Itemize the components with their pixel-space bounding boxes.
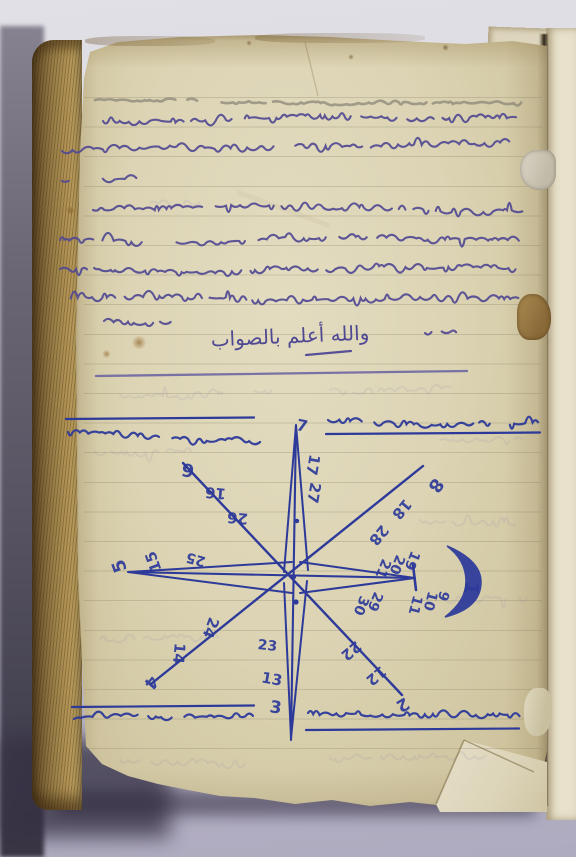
star-number: 28 [365,521,392,549]
paragraph-handwriting [60,113,522,334]
ghost-writing-line [120,388,272,400]
handwriting-and-diagram-layer: 7172781828192021191011293021222313234142… [0,0,576,857]
handwriting-line [71,291,519,305]
ghost-writing-line [95,448,191,462]
star-number: 11 [405,594,425,617]
ghost-writing-line [330,752,485,762]
star-number: 27 [303,481,324,505]
star-number: 25 [184,549,207,569]
handwriting-line [425,331,456,335]
star-label-handwriting [68,430,260,444]
star-number: 6 [180,458,196,481]
ghost-writing-line [420,515,526,526]
ink-dot [293,599,298,604]
ghost-writing-line [440,437,522,444]
label-overline [66,418,254,420]
phrase-tail-dash [306,351,351,355]
handwriting-line [62,138,509,153]
handwriting-line [62,175,136,182]
star-number: 8 [423,474,447,496]
star-number: 18 [388,495,415,523]
star-diagram [128,425,423,740]
star-number: 26 [226,508,248,528]
star-label-handwriting [328,417,538,429]
star-number: 1 [459,580,483,597]
handwriting-line [104,319,171,326]
star-number: 3 [268,697,283,718]
label-underline [326,433,540,435]
notebook-photo: 7172781828192021191011293021222313234142… [0,0,576,857]
star-number: 30 [350,593,372,617]
ink-dot [295,519,299,523]
star-number: 13 [260,668,284,689]
star-number: 23 [257,637,278,655]
pencil-traced-line [95,99,521,106]
star-number: 4 [139,671,162,693]
label-overline [72,706,254,708]
star-number: 7 [295,415,310,436]
star-number: 2 [392,693,412,716]
handwriting-line [60,233,519,247]
ghost-writing-line [100,634,218,642]
divider-line [96,371,467,376]
star-number: 14 [169,642,189,664]
ghost-writing-line [330,385,451,394]
star-number: 22 [337,637,365,664]
ghost-writing-line [120,759,245,768]
label-underline [306,729,519,731]
star-label-handwriting [74,712,253,720]
star-number: 17 [302,453,323,477]
handwriting-line [103,113,516,125]
star-center-dot [292,575,296,579]
star-label-handwriting [308,710,520,718]
star-number: 16 [204,483,226,503]
handwriting-line [60,264,516,276]
handwriting-line [93,203,522,217]
star-number: 12 [362,662,390,689]
